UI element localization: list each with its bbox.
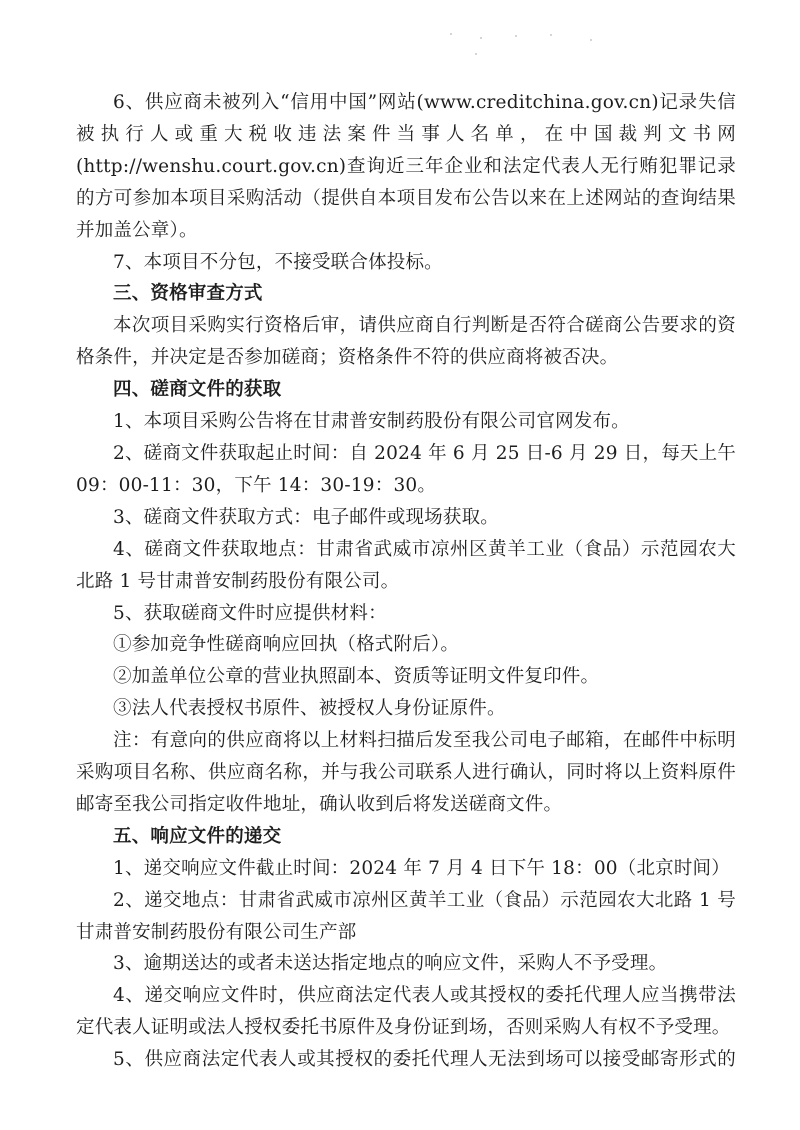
section-heading-submission: 五、响应文件的递交 [76, 821, 736, 853]
obtain-item-5-materials: 5、获取磋商文件时应提供材料： [76, 598, 736, 630]
section-heading-qualification-review: 三、资格审查方式 [76, 278, 736, 310]
document-page: 6、供应商未被列入“信用中国”网站(www.creditchina.gov.cn… [76, 87, 736, 1076]
obtain-item-2-time: 2、磋商文件获取起止时间：自 2024 年 6 月 25 日-6 月 29 日，… [76, 438, 736, 502]
obtain-item-3-method: 3、磋商文件获取方式：电子邮件或现场获取。 [76, 502, 736, 534]
submission-item-4-representative: 4、递交响应文件时，供应商法定代表人或其授权的委托代理人应当携带法定代表人证明或… [76, 980, 736, 1044]
qualification-review-text: 本次项目采购实行资格后审，请供应商自行判断是否符合磋商公告要求的资格条件，并决定… [76, 310, 736, 374]
scan-noise [440, 25, 640, 65]
material-2: ②加盖单位公章的营业执照副本、资质等证明文件复印件。 [76, 661, 736, 693]
submission-item-2-location: 2、递交地点：甘肃省武威市凉州区黄羊工业（食品）示范园农大北路 1 号甘肃普安制… [76, 885, 736, 949]
submission-item-5-mail: 5、供应商法定代表人或其授权的委托代理人无法到场可以接受邮寄形式的 [76, 1044, 736, 1076]
submission-item-1-deadline: 1、递交响应文件截止时间：2024 年 7 月 4 日下午 18：00（北京时间… [76, 853, 736, 885]
section-heading-obtain-documents: 四、磋商文件的获取 [76, 374, 736, 406]
material-1: ①参加竞争性磋商响应回执（格式附后）。 [76, 629, 736, 661]
obtain-item-4-location: 4、磋商文件获取地点：甘肃省武威市凉州区黄羊工业（食品）示范园农大北路 1 号甘… [76, 534, 736, 598]
submission-item-3-late: 3、逾期送达的或者未送达指定地点的响应文件，采购人不予受理。 [76, 948, 736, 980]
obtain-item-1: 1、本项目采购公告将在甘肃普安制药股份有限公司官网发布。 [76, 406, 736, 438]
note-paragraph: 注：有意向的供应商将以上材料扫描后发至我公司电子邮箱，在邮件中标明采购项目名称、… [76, 725, 736, 821]
clause-7-no-consortium: 7、本项目不分包，不接受联合体投标。 [76, 247, 736, 279]
clause-6-credit-check: 6、供应商未被列入“信用中国”网站(www.creditchina.gov.cn… [76, 87, 736, 247]
material-3: ③法人代表授权书原件、被授权人身份证原件。 [76, 693, 736, 725]
